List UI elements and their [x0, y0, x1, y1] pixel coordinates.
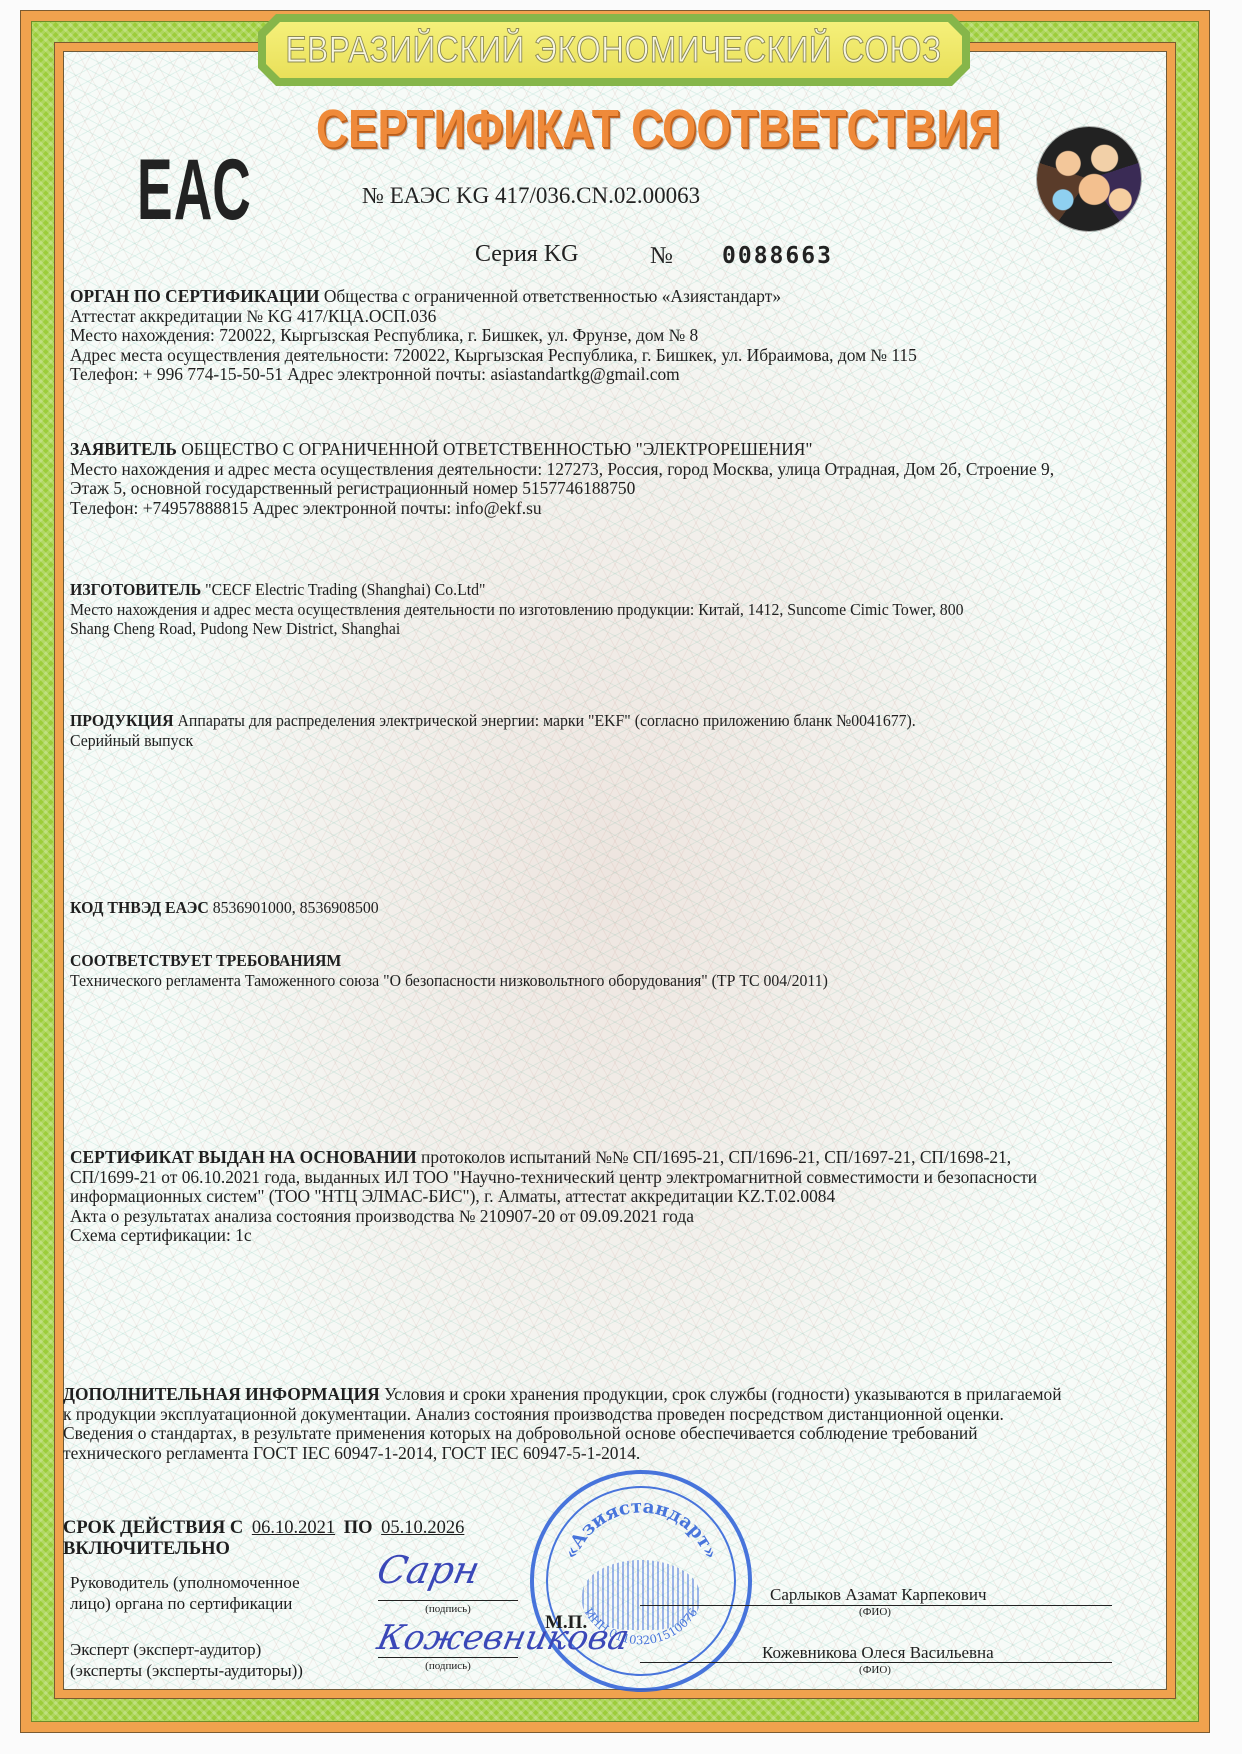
section-product: ПРОДУКЦИЯ Аппараты для распределения эле…: [70, 711, 916, 750]
conformity-line: Технического регламента Таможенного союз…: [70, 971, 828, 991]
eac-mark-icon: ЕАС: [137, 147, 252, 233]
applicant-line: Место нахождения и адрес места осуществл…: [70, 460, 1054, 480]
validity-date-to: 05.10.2026: [377, 1518, 468, 1538]
additional-info-text: Условия и сроки хранения продукции, срок…: [384, 1384, 1061, 1404]
section-tn-ved: КОД ТНВЭД ЕАЭС 8536901000, 8536908500: [70, 898, 379, 918]
manufacturer-name: "CECF Electric Trading (Shanghai) Co.Ltd…: [205, 580, 485, 599]
section-certification-body: ОРГАН ПО СЕРТИФИКАЦИИ Общества с огранич…: [70, 287, 917, 385]
product-label: ПРОДУКЦИЯ: [70, 711, 174, 730]
head-role-line: лицо) органа по сертификации: [70, 1593, 300, 1614]
additional-info-line: Сведения о стандартах, в результате прим…: [63, 1424, 1062, 1444]
head-signature: Capн: [373, 1548, 483, 1592]
applicant-line: Этаж 5, основной государственный регистр…: [70, 479, 1054, 499]
certification-body-line: Место нахождения: 720022, Кыргызская Рес…: [70, 326, 917, 346]
head-role-line: Руководитель (уполномоченное: [70, 1572, 300, 1593]
basis-line: информационных систем" (ТОО "НТЦ ЭЛМАС-Б…: [70, 1187, 1037, 1207]
expert-signature-line: [378, 1657, 518, 1658]
certificate-title: СЕРТИФИКАТ СООТВЕТСТВИЯ: [316, 98, 939, 160]
expert-signature-caption: (подпись): [378, 1660, 518, 1672]
product-text: Аппараты для распределения электрической…: [177, 711, 915, 730]
section-basis: СЕРТИФИКАТ ВЫДАН НА ОСНОВАНИИ протоколов…: [70, 1148, 1037, 1246]
basis-label: СЕРТИФИКАТ ВЫДАН НА ОСНОВАНИИ: [70, 1147, 417, 1167]
section-additional-info: ДОПОЛНИТЕЛЬНАЯ ИНФОРМАЦИЯ Условия и срок…: [63, 1385, 1062, 1463]
product-line: Серийный выпуск: [70, 731, 916, 751]
applicant-line: Телефон: +74957888815 Адрес электронной …: [70, 499, 1054, 519]
basis-line: Акта о результатах анализа состояния про…: [70, 1207, 1037, 1227]
union-banner-text: ЕВРАЗИЙСКИЙ ЭКОНОМИЧЕСКИЙ СОЮЗ: [286, 29, 942, 71]
basis-text: протоколов испытаний №№ СП/1695-21, СП/1…: [421, 1147, 1011, 1167]
organization-stamp: «Азиястандарт» ИНН 01103201510076: [530, 1470, 752, 1692]
tn-ved-codes: 8536901000, 8536908500: [213, 898, 379, 917]
head-signature-caption: (подпись): [378, 1603, 518, 1615]
applicant-label: ЗАЯВИТЕЛЬ: [70, 439, 177, 459]
validity-date-from: 06.10.2021: [248, 1518, 339, 1538]
additional-info-label: ДОПОЛНИТЕЛЬНАЯ ИНФОРМАЦИЯ: [63, 1384, 380, 1404]
certification-body-name: Общества с ограниченной ответственностью…: [324, 286, 781, 306]
basis-line: СП/1699-21 от 06.10.2021 года, выданных …: [70, 1168, 1037, 1188]
svg-text:«Азиястандарт»: «Азиястандарт»: [561, 1496, 721, 1562]
certification-body-label: ОРГАН ПО СЕРТИФИКАЦИИ: [70, 286, 320, 306]
section-manufacturer: ИЗГОТОВИТЕЛЬ "CECF Electric Trading (Sha…: [70, 580, 964, 639]
certificate-number: № ЕАЭС KG 417/036.CN.02.00063: [362, 183, 700, 209]
certification-body-line: Аттестат аккредитации № KG 417/КЦА.ОСП.0…: [70, 307, 917, 327]
certification-body-line: Адрес места осуществления деятельности: …: [70, 346, 917, 366]
manufacturer-line: Shang Cheng Road, Pudong New District, S…: [70, 619, 964, 639]
head-role: Руководитель (уполномоченное лицо) орган…: [70, 1572, 300, 1614]
head-signature-line: [378, 1600, 518, 1601]
expert-full-name: Кожевникова Олеся Васильевна: [762, 1643, 994, 1663]
section-conformity: СООТВЕТСТВУЕТ ТРЕБОВАНИЯМ Технического р…: [70, 951, 828, 990]
validity-to-label: ПО: [344, 1518, 373, 1538]
conformity-label: СООТВЕТСТВУЕТ ТРЕБОВАНИЯМ: [70, 951, 828, 971]
head-name-caption: (ФИО): [800, 1606, 950, 1618]
section-applicant: ЗАЯВИТЕЛЬ ОБЩЕСТВО С ОГРАНИЧЕННОЙ ОТВЕТС…: [70, 440, 1054, 518]
manufacturer-label: ИЗГОТОВИТЕЛЬ: [70, 580, 201, 599]
head-full-name: Сарлыков Азамат Карпекович: [770, 1585, 987, 1605]
expert-role-line: (эксперты (эксперты-аудиторы)): [70, 1660, 303, 1681]
additional-info-line: технического регламента ГОСТ IEC 60947-1…: [63, 1444, 1062, 1464]
basis-line: Схема сертификации: 1с: [70, 1226, 1037, 1246]
series-label: Серия KG: [475, 241, 579, 268]
stamp-center-text: «Азиястандарт»: [561, 1496, 721, 1562]
hologram-seal-icon: [1037, 127, 1141, 231]
validity-from-label: СРОК ДЕЙСТВИЯ С: [63, 1518, 243, 1538]
applicant-name: ОБЩЕСТВО С ОГРАНИЧЕННОЙ ОТВЕТСТВЕННОСТЬЮ…: [181, 439, 812, 459]
expert-name-line: [640, 1662, 1112, 1663]
expert-signature: Кожевникова: [374, 1618, 633, 1658]
union-banner: ЕВРАЗИЙСКИЙ ЭКОНОМИЧЕСКИЙ СОЮЗ: [258, 14, 970, 86]
series-number: 0088663: [722, 243, 833, 269]
tn-ved-label: КОД ТНВЭД ЕАЭС: [70, 898, 209, 917]
certification-body-line: Телефон: + 996 774-15-50-51 Адрес электр…: [70, 365, 917, 385]
additional-info-line: к продукции эксплуатационной документаци…: [63, 1405, 1062, 1425]
frame-border-green: [31, 21, 1199, 1722]
series-number-sign: №: [650, 243, 673, 270]
expert-role: Эксперт (эксперт-аудитор) (эксперты (экс…: [70, 1639, 303, 1681]
expert-role-line: Эксперт (эксперт-аудитор): [70, 1639, 303, 1660]
expert-name-caption: (ФИО): [800, 1664, 950, 1676]
manufacturer-line: Место нахождения и адрес места осуществл…: [70, 600, 964, 620]
